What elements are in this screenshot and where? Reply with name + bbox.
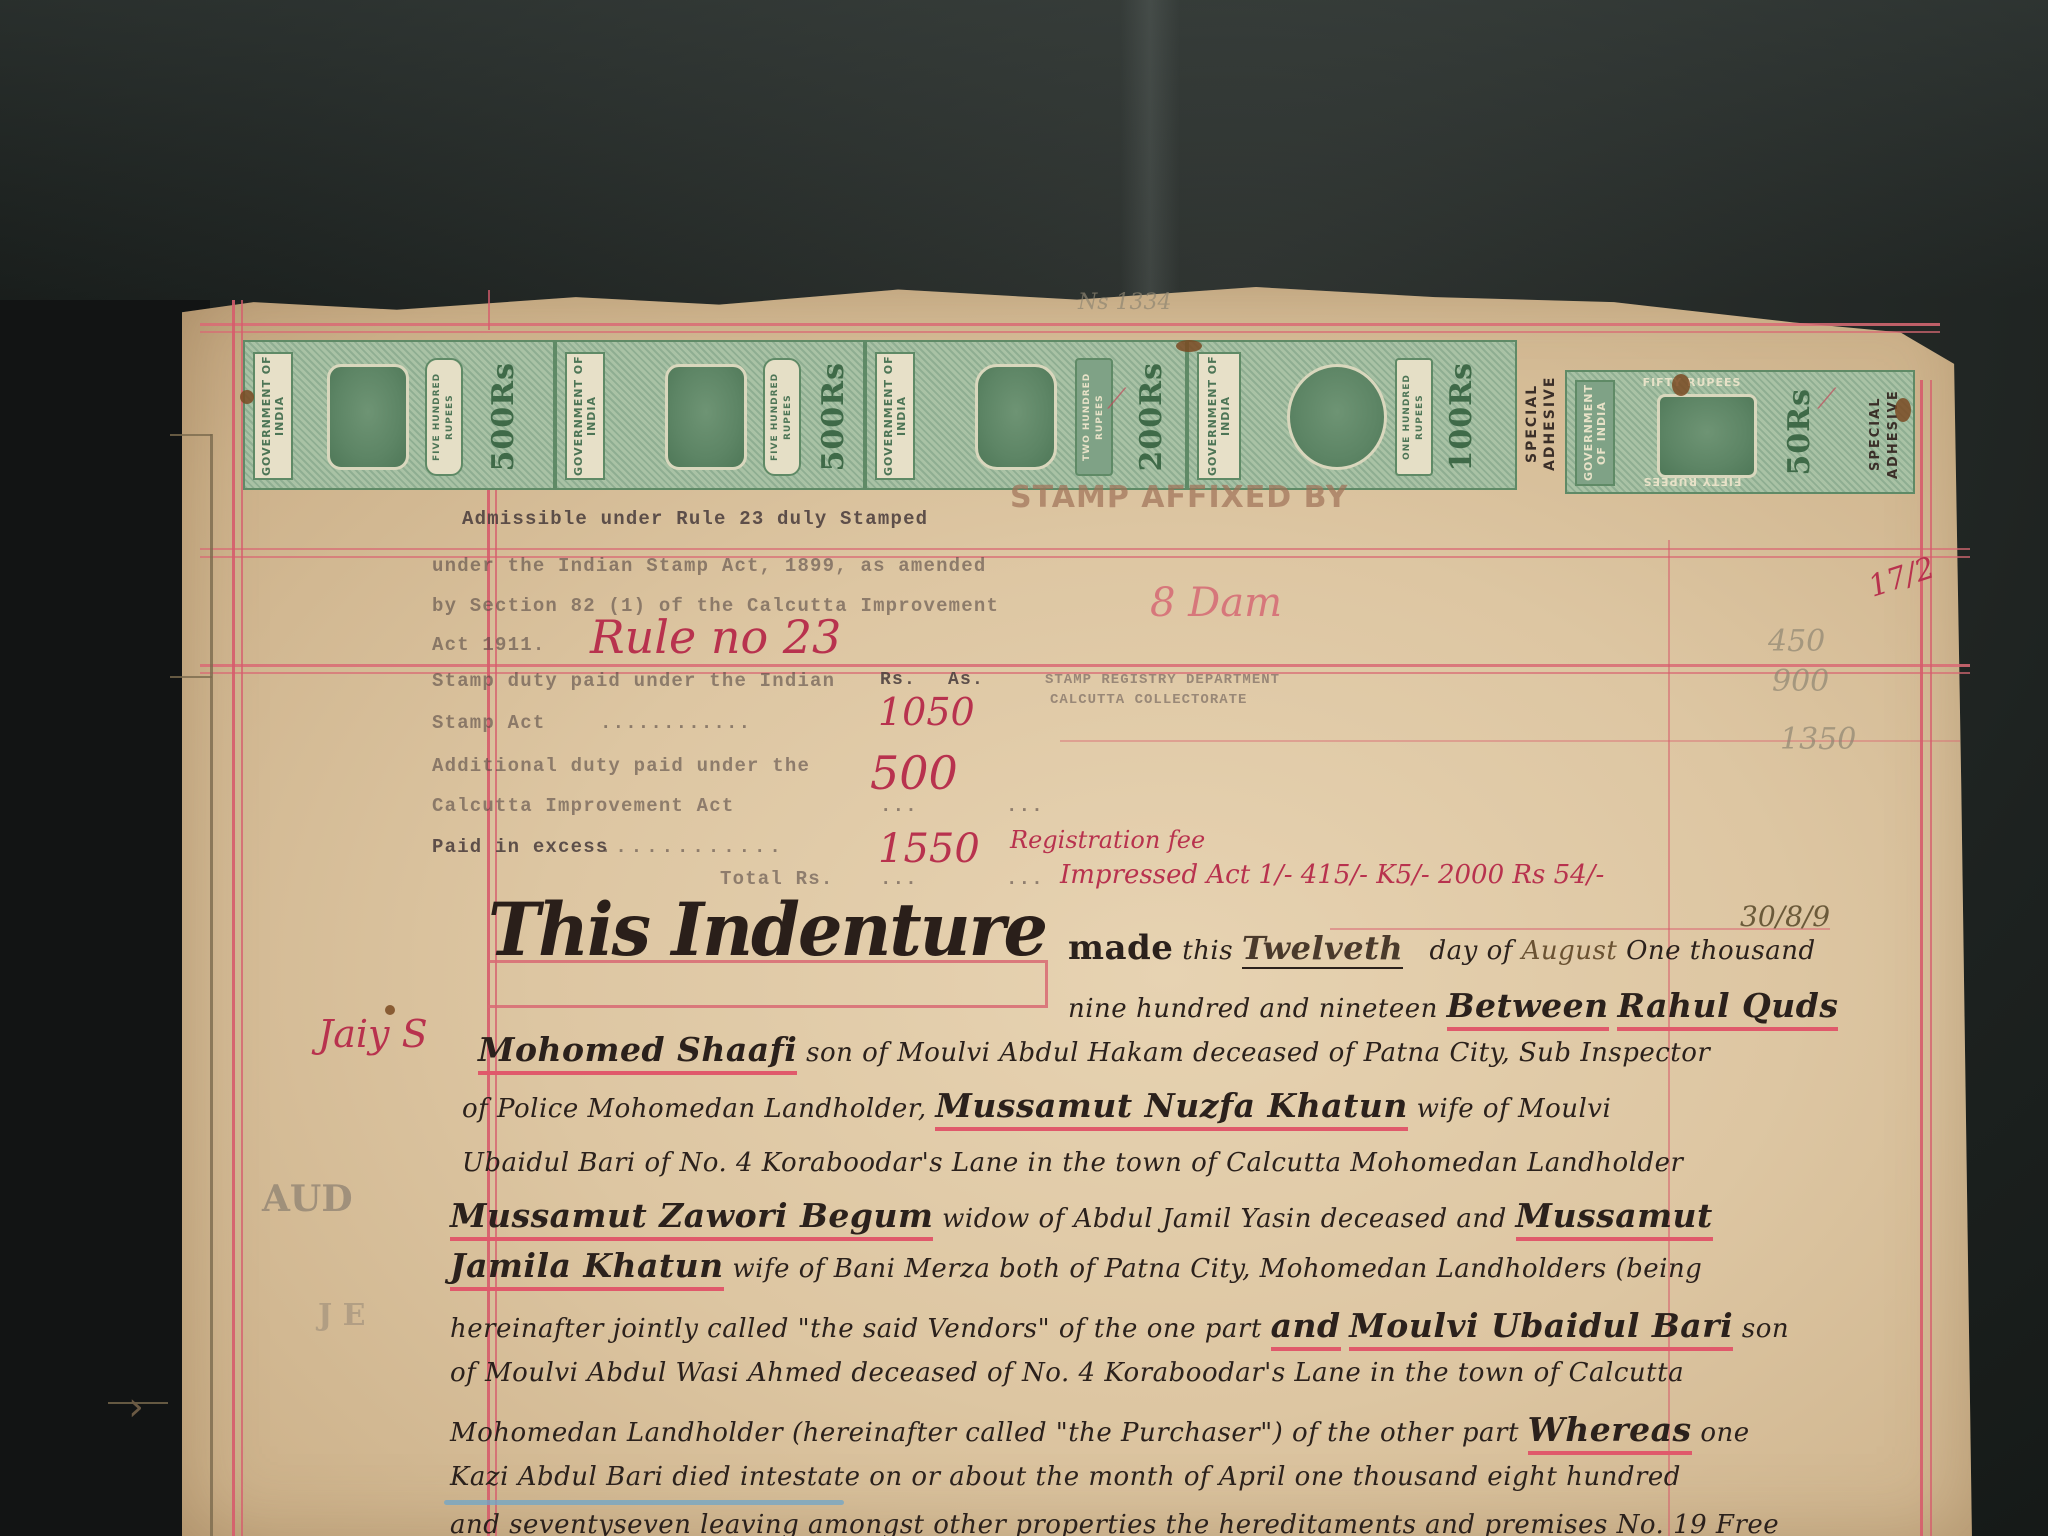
party-name: Mussamut [1516, 1196, 1713, 1241]
line4-post: wife of Moulvi [1417, 1094, 1612, 1124]
pencil-number-900: 900 [1772, 664, 1829, 699]
line11-text: intestate on or about the month of April… [740, 1462, 1681, 1492]
party-name: Mohomed Shaafi [478, 1030, 797, 1075]
stamp-100-rupees: GOVERNMENT OF INDIA ONE HUNDRED RUPEES 1… [1187, 340, 1517, 490]
duty-dots-3: ............ [600, 836, 785, 858]
handwritten-fee-line-bottom: Impressed Act 1/- 415/- K5/- 2000 Rs 54/… [1060, 860, 1604, 890]
blue-pencil-underline [444, 1500, 844, 1505]
pencil-line-top [170, 434, 212, 436]
indenture-line-10: Mohomedan Landholder (hereinafter called… [450, 1410, 1750, 1449]
line10-post: one [1700, 1418, 1749, 1448]
plastic-sleeve-fold [1120, 0, 1180, 300]
admissible-line-2: under the Indian Stamp Act, 1899, as ame… [432, 555, 986, 577]
line12-text: and seventyseven leaving amongst other p… [450, 1510, 1779, 1536]
between-word: Between [1447, 986, 1609, 1031]
admissible-line-4: Act 1911. [432, 634, 545, 656]
red-cancel-mark: ⟋ [1817, 382, 1837, 416]
pencil-number-450: 450 [1768, 624, 1825, 659]
duty-dots-1: ............ [600, 712, 751, 734]
indenture-line-7: Jamila Khatun wife of Bani Merza both of… [450, 1246, 1702, 1285]
handwritten-additional-duty: 500 [870, 746, 958, 800]
indenture-line-3: Mohomed Shaafi son of Moulvi Abdul Hakam… [478, 1030, 1710, 1069]
indenture-line-6: Mussamut Zawori Begum widow of Abdul Jam… [450, 1196, 1713, 1235]
indenture-line-11: Kazi Abdul Bari died intestate on or abo… [450, 1462, 1681, 1492]
stamp-gov-label: GOVERNMENT OF INDIA [1206, 354, 1232, 478]
line7-text: wife of Bani Merza both of Patna City, M… [732, 1254, 1702, 1284]
line10-text: Mohomedan Landholder (hereinafter called… [450, 1418, 1519, 1448]
stamp-gov-label: GOVERNMENT OF INDIA [572, 354, 598, 478]
stamp-500-rupees-1: GOVERNMENT OF INDIA FIVE HUNDRED RUPEES … [243, 340, 555, 490]
red-rule-2 [200, 548, 1970, 550]
whereas-word: Whereas [1528, 1410, 1692, 1455]
handwritten-rule-note: Rule no 23 [590, 610, 841, 664]
date-month: August [1522, 936, 1618, 966]
handwritten-total: 1550 [878, 826, 980, 872]
stamp-500-rupees-2: GOVERNMENT OF INDIA FIVE HUNDRED RUPEES … [555, 340, 865, 490]
indenture-line-12: and seventyseven leaving amongst other p… [450, 1510, 1779, 1536]
stamp-value: 500Rs [816, 362, 851, 471]
red-cancel-mark: ⟋ [1107, 382, 1127, 416]
deceased-name: Kazi Abdul Bari died [450, 1462, 731, 1492]
king-portrait-icon [975, 364, 1057, 470]
line8-post: son [1742, 1314, 1789, 1344]
stamp-value-words: TWO HUNDRED RUPEES [1081, 360, 1107, 474]
indenture-line-9: of Moulvi Abdul Wasi Ahmed deceased of N… [450, 1358, 1684, 1388]
stamp-gov-label: GOVERNMENT OF INDIA [260, 354, 286, 478]
pencil-margin-line [210, 434, 213, 1536]
duty-row-1a: Stamp duty paid under the Indian [432, 670, 835, 692]
duty-col-rs: Rs. [880, 670, 916, 690]
stamp-value: 100Rs [1444, 362, 1479, 471]
stamp-200-rupees: GOVERNMENT OF INDIA TWO HUNDRED RUPEES 2… [865, 340, 1187, 490]
stamp-value-words: ONE HUNDRED RUPEES [1401, 360, 1427, 474]
red-margin-right-2 [1930, 380, 1932, 1536]
king-portrait-icon [1287, 364, 1387, 470]
pencil-number-1350: 1350 [1780, 722, 1856, 757]
duty-col-as: As. [948, 670, 984, 690]
rust-spot [1176, 340, 1202, 352]
handwritten-margin-initials: Jaiy S [318, 1012, 428, 1056]
handwritten-fee-line-top: Registration fee [1010, 826, 1205, 854]
duty-row-1b: Stamp Act [432, 712, 545, 734]
rust-spot [1895, 398, 1911, 422]
dark-background-left [0, 300, 210, 1536]
indenture-line-2: nine hundred and nineteen Between Rahul … [1068, 986, 1838, 1025]
line1-mid: day of [1429, 936, 1512, 966]
stamp-value: 50Rs [1782, 388, 1817, 476]
rust-spot [1672, 374, 1690, 396]
stamp-value: 500Rs [486, 362, 521, 471]
collectorate-mark-line-1: STAMP REGISTRY DEPARTMENT [1045, 672, 1280, 688]
line3-text: son of Moulvi Abdul Hakam deceased of Pa… [806, 1038, 1710, 1068]
faded-margin-stamp: AUD [262, 1178, 353, 1220]
party-name: Mussamut Nuzfa Khatun [935, 1086, 1407, 1131]
duty-row-2a: Additional duty paid under the [432, 755, 810, 777]
stamp-50-rupees: GOVERNMENT OF INDIA FIFTY RUPEES FIFTY R… [1565, 370, 1915, 494]
faded-margin-stamp-2: J E [318, 1298, 366, 1333]
party-name: Jamila Khatun [450, 1246, 724, 1291]
stamp-value-words-bottom: FIFTY RUPEES [1617, 475, 1767, 488]
party-name: Mussamut Zawori Begum [450, 1196, 933, 1241]
plastic-sleeve-sheen [0, 0, 2048, 300]
title-red-box [488, 960, 1048, 1008]
stamp-gov-label: GOVERNMENT OF INDIA [882, 354, 908, 478]
indenture-line-1: made this Twelveth day of August One tho… [1068, 928, 1816, 968]
indenture-line-8: hereinafter jointly called "the said Ven… [450, 1306, 1789, 1345]
special-adhesive-overprint: SPECIAL ADHESIVE [1867, 382, 1903, 486]
pencil-line-mid [170, 676, 212, 678]
red-rule-top [200, 323, 1940, 326]
red-rule-top-2 [200, 331, 1940, 333]
party-name: Moulvi Ubaidul Bari [1349, 1306, 1733, 1351]
made-word: made [1068, 928, 1173, 968]
king-portrait-icon [665, 364, 747, 470]
red-tick-top [488, 290, 490, 330]
line6-text: widow of Abdul Jamil Yasin deceased and [942, 1204, 1507, 1234]
collectorate-mark-line-2: CALCUTTA COLLECTORATE [1050, 692, 1247, 708]
line4-text: of Police Mohomedan Landholder, [462, 1094, 927, 1124]
duty-dots-2: ... ... [880, 795, 1044, 817]
handwritten-initials: 8 Dam [1150, 580, 1282, 626]
line2-text: nine hundred and nineteen [1068, 994, 1438, 1024]
king-portrait-icon [1657, 394, 1757, 478]
rust-spot [240, 390, 254, 404]
line1-post: One thousand [1626, 936, 1816, 966]
stamp-value-words-top: FIFTY RUPEES [1617, 376, 1767, 389]
stamp-affixed-mark: STAMP AFFIXED BY [1010, 480, 1349, 515]
stamp-value-words: FIVE HUNDRED RUPEES [769, 360, 795, 474]
indenture-line-5: Ubaidul Bari of No. 4 Koraboodar's Lane … [462, 1148, 1683, 1178]
line1-pre: this [1182, 936, 1233, 966]
admissible-line-1: Admissible under Rule 23 duly Stamped [462, 508, 928, 530]
handwritten-stamp-duty: 1050 [878, 690, 975, 734]
king-portrait-icon [327, 364, 409, 470]
red-rule-3 [200, 664, 1970, 667]
stamp-gov-label: GOVERNMENT OF INDIA [1582, 382, 1608, 484]
top-pencil-note: Ns 1334 [1078, 290, 1172, 315]
stamp-value: 200Rs [1134, 362, 1169, 471]
line5-text: Ubaidul Bari of No. 4 Koraboodar's Lane … [462, 1148, 1683, 1178]
line8-text: hereinafter jointly called "the said Ven… [450, 1314, 1262, 1344]
and-word: and [1271, 1306, 1341, 1351]
stamp-value-words: FIVE HUNDRED RUPEES [431, 360, 457, 474]
duty-row-3: Paid in excess [432, 836, 608, 858]
date-day: Twelveth [1242, 929, 1403, 969]
line9-text: of Moulvi Abdul Wasi Ahmed deceased of N… [450, 1358, 1684, 1388]
duty-row-2b: Calcutta Improvement Act [432, 795, 734, 817]
party-name-start: Rahul Quds [1617, 986, 1838, 1031]
red-margin-left [232, 300, 235, 1536]
special-adhesive-overprint: SPECIAL ADHESIVE [1523, 358, 1559, 488]
indenture-line-4: of Police Mohomedan Landholder, Mussamut… [462, 1086, 1611, 1125]
pencil-arrow-icon: › [128, 1384, 144, 1430]
